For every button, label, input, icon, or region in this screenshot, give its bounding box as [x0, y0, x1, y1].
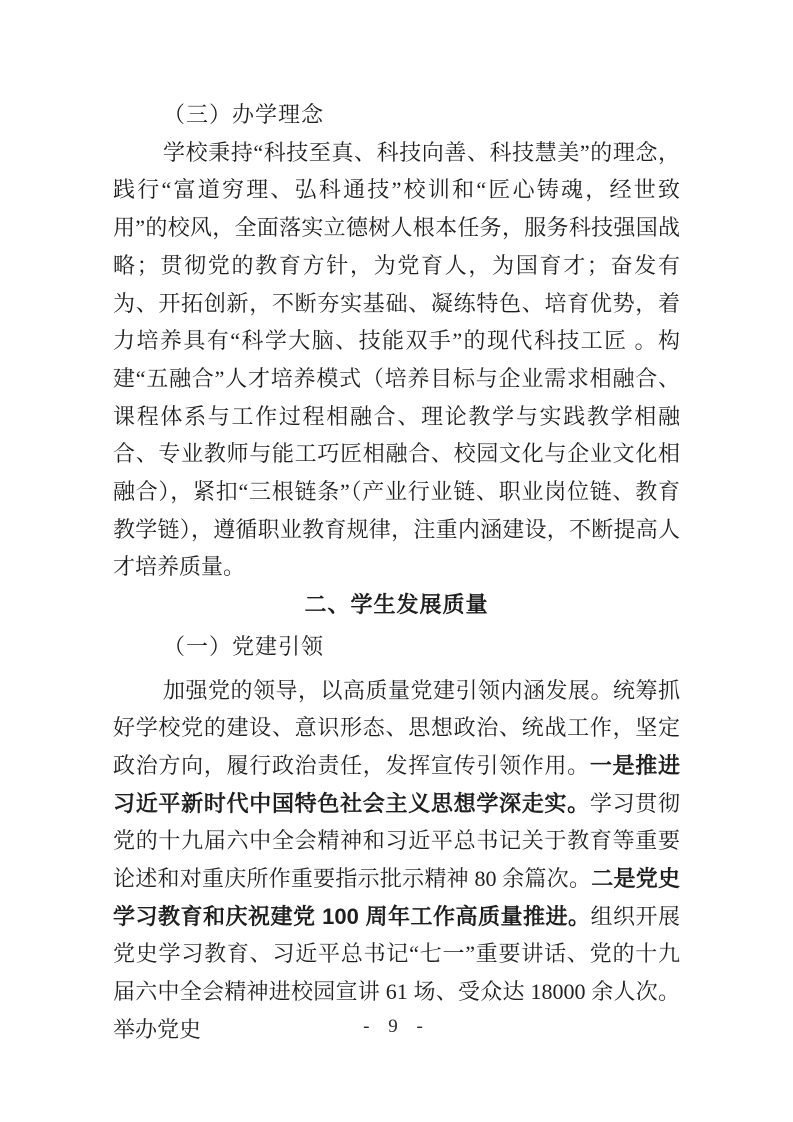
document-page: （三）办学理念 学校秉持“科技至真、科技向善、科技慧美”的理念，践行“富道穷理、… [0, 0, 793, 1122]
paragraph-dangjian: 加强党的领导，以高质量党建引领内涵发展。统筹抓好学校党的建设、意识形态、思想政治… [113, 672, 680, 1049]
paragraph-banxue: 学校秉持“科技至真、科技向善、科技慧美”的理念，践行“富道穷理、弘科通技”校训和… [113, 134, 680, 586]
text-segment: 学校秉持“科技至真、科技向善、科技慧美”的理念，践行“富道穷理、弘科通技”校训和… [113, 140, 680, 580]
heading-dangjian-yinling: （一）党建引领 [113, 628, 680, 666]
heading-xuesheng-fazhan: 二、学生发展质量 [113, 586, 680, 624]
heading-banxue-linian: （三）办学理念 [113, 96, 680, 134]
page-number: - 9 - [0, 1016, 793, 1038]
